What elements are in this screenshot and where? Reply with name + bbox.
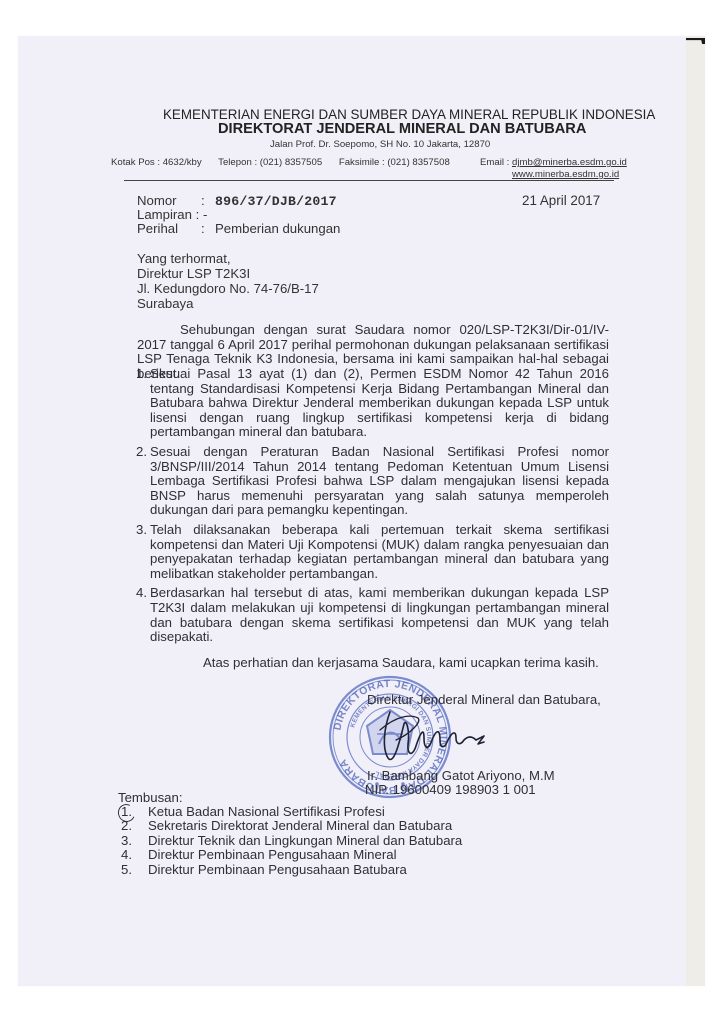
po-box: Kotak Pos : 4632/kby <box>111 157 202 168</box>
attachment-value: - <box>203 207 207 222</box>
letter-number: 896/37/DJB/2017 <box>215 194 337 209</box>
list-item: 5.Direktur Pembinaan Pengusahaan Batubar… <box>121 863 462 877</box>
letterhead-email: Email : djmb@minerba.esdm.go.id <box>480 157 627 168</box>
phone: Telepon : (021) 8357505 <box>218 157 322 168</box>
list-item: 1.Sesuai Pasal 13 ayat (1) dan (2), Perm… <box>137 367 609 440</box>
meta-subject: Perihal:Pemberian dukungan <box>137 221 340 236</box>
list-item: 3.Telah dilaksanakan beberapa kali perte… <box>137 523 609 581</box>
recipient-name: Direktur LSP T2K3I <box>137 266 319 281</box>
letterhead-address: Jalan Prof. Dr. Soepomo, SH No. 10 Jakar… <box>270 139 490 150</box>
handwritten-signature-icon <box>370 700 530 770</box>
recipient-city: Surabaya <box>137 296 319 311</box>
list-item: 4.Berdasarkan hal tersebut di atas, kami… <box>137 586 609 644</box>
letterhead-divider <box>124 180 614 181</box>
colon: : <box>196 207 200 222</box>
email-link[interactable]: djmb@minerba.esdm.go.id <box>512 157 627 168</box>
number-label: Nomor <box>137 193 201 208</box>
list-item: 2.Sekretaris Direktorat Jenderal Mineral… <box>121 819 462 833</box>
fax: Faksimile : (021) 8357508 <box>339 157 450 168</box>
letterhead-directorate: DIREKTORAT JENDERAL MINERAL DAN BATUBARA <box>218 121 586 137</box>
subject-value: Pemberian dukungan <box>215 221 340 236</box>
email-label: Email : <box>480 157 512 168</box>
list-item: 1.Ketua Badan Nasional Sertifikasi Profe… <box>121 805 462 819</box>
cc-title: Tembusan: <box>118 790 183 805</box>
closing-sentence: Atas perhatian dan kerjasama Saudara, ka… <box>203 655 599 670</box>
signatory-name: Ir. Bambang Gatot Ariyono, M.M <box>367 768 555 783</box>
signatory-nip: NIP. 19600409 198903 1 001 <box>365 782 536 797</box>
letterhead-contact: Kotak Pos : 4632/kby Telepon : (021) 835… <box>111 157 464 168</box>
colon: : <box>201 193 215 208</box>
attachment-label: Lampiran <box>137 207 192 222</box>
list-item: 3.Direktur Teknik dan Lingkungan Mineral… <box>121 834 462 848</box>
cc-list: 1.Ketua Badan Nasional Sertifikasi Profe… <box>121 805 462 877</box>
letter-date: 21 April 2017 <box>522 193 600 208</box>
recipient-street: Jl. Kedungdoro No. 74-76/B-17 <box>137 281 319 296</box>
website-link[interactable]: www.minerba.esdm.go.id <box>512 169 619 180</box>
recipient-block: Yang terhormat, Direktur LSP T2K3I Jl. K… <box>137 251 319 311</box>
salutation: Yang terhormat, <box>137 251 319 266</box>
list-item: 2.Sesuai dengan Peraturan Badan Nasional… <box>137 445 609 518</box>
list-item: 4.Direktur Pembinaan Pengusahaan Mineral <box>121 848 462 862</box>
colon: : <box>201 221 215 236</box>
letterhead-ministry: KEMENTERIAN ENERGI DAN SUMBER DAYA MINER… <box>163 107 655 122</box>
meta-attachment: Lampiran : - <box>137 207 207 222</box>
points-list: 1.Sesuai Pasal 13 ayat (1) dan (2), Perm… <box>137 367 609 650</box>
subject-label: Perihal <box>137 221 201 236</box>
letter-document: KEMENTERIAN ENERGI DAN SUMBER DAYA MINER… <box>0 0 724 1024</box>
